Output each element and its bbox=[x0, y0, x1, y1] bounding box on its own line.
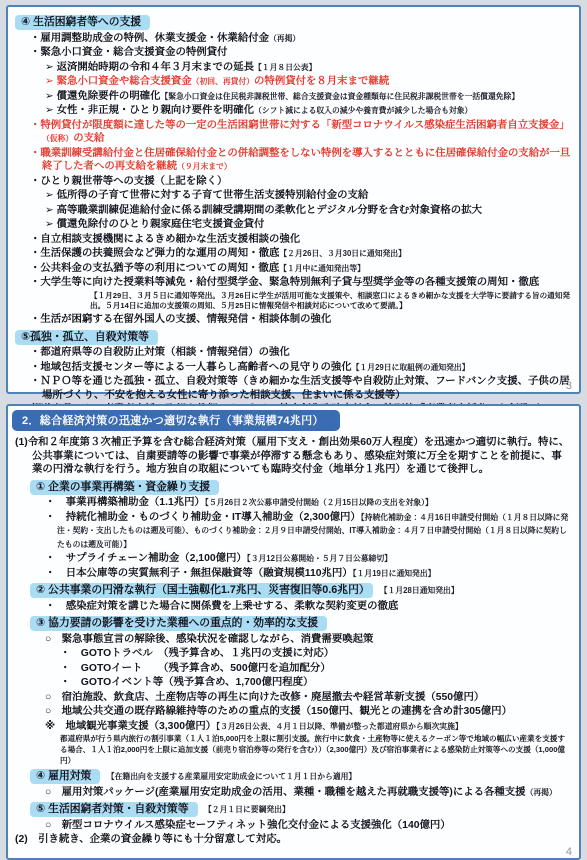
page-number-4: 4 bbox=[566, 846, 572, 858]
text-segment: ・大学生等に向けた授業料等減免・給付型奨学金、緊急特別無利子貸与型奨学金等の各種… bbox=[30, 277, 539, 288]
panel-economic-measures: 2．総合経済対策の迅速かつ適切な執行（事業規模74兆円） (1)令和２年度第３次… bbox=[6, 404, 581, 860]
text-segment: ➢ 低所得の子育て世帯に対する子育て世帯生活支援特別給付金の支給 bbox=[45, 190, 368, 201]
text-segment: ○ 緊急事態宣言の解除後、感染状況を確認しながら、消費需要喚起策 bbox=[45, 634, 373, 645]
list-item: ・ひとり親世帯等への支援（上記を除く） bbox=[15, 175, 572, 189]
text-segment: 【１月中に通知発出等】 bbox=[279, 264, 365, 273]
text-segment: ➢ 緊急小口資金や総合支援資金 bbox=[45, 76, 192, 87]
list-item: ・ 事業再構築補助金（1.1兆円）【５月26日２次公募申請受付開始（２月15日以… bbox=[15, 496, 572, 510]
list-item: (2) 引き続き、企業の資金繰り等にも十分留意して対応。 bbox=[15, 833, 572, 847]
list-item: ○ 雇用対策パッケージ(産業雇用安定助成金の活用、業種・職種を越えた再就職支援等… bbox=[15, 786, 572, 800]
section-label: ③ 協力要請の影響を受けた業種への重点的・効率的な支援 bbox=[30, 616, 327, 631]
text-segment: ○ 地域公共交通の既存路線維持等のための重点的支援（150億円、観光との連携を含… bbox=[45, 706, 512, 717]
section-label: ① 企業の事業再構築・資金繰り支援 bbox=[30, 480, 219, 495]
text-segment: ・緊急小口資金・総合支援資金の特例貸付 bbox=[30, 47, 227, 58]
text-segment: ・都道府県等の自殺防止対策（相談・情報発信）の強化 bbox=[30, 347, 290, 358]
list-item: ➢ 低所得の子育て世帯に対する子育て世帯生活支援特別給付金の支給 bbox=[15, 189, 572, 203]
list-item: (1)令和２年度第３次補正予算を含む総合経済対策（雇用下支え・創出効果60万人程… bbox=[15, 436, 572, 477]
text-segment: の支給 bbox=[73, 133, 104, 144]
text-segment: ・ 持続化補助金・ものづくり補助金・IT導入補助金（2,300億円） bbox=[45, 512, 361, 523]
list-item: ・雇用調整助成金の特例、休業支援金・休業給付金（再掲） bbox=[15, 32, 572, 46]
list-item: ➢ 償還免除付のひとり親家庭住宅支援資金貸付 bbox=[15, 218, 572, 232]
panel-1-rows: ④ 生活困窮者等への支援・雇用調整助成金の特例、休業支援金・休業給付金（再掲）・… bbox=[15, 15, 572, 458]
list-item: ➢ 女性・非正規・ひとり親向け要件を明確化（シフト減による収入の減少や養育費が減… bbox=[15, 104, 572, 118]
text-segment: ・自立相談支援機関によるきめ細かな生活支援相談の強化 bbox=[30, 234, 300, 245]
panel-2-rows: (1)令和２年度第３次補正予算を含む総合経済対策（雇用下支え・創出効果60万人程… bbox=[15, 436, 572, 847]
text-segment: （シフト減による収入の減少や養育費が減少した場合も対象） bbox=[254, 106, 472, 115]
text-segment: ・ GOTOイベント等（残予算含め、1,700億円程度） bbox=[60, 677, 313, 688]
section-2-header: 2．総合経済対策の迅速かつ適切な執行（事業規模74兆円） bbox=[12, 410, 340, 431]
text-segment: ・ 事業再構築補助金（1.1兆円） bbox=[45, 497, 205, 508]
text-segment: ➢ 償還免除要件の明確化 bbox=[45, 91, 161, 102]
document-page: ④ 生活困窮者等への支援・雇用調整助成金の特例、休業支援金・休業給付金（再掲）・… bbox=[0, 0, 587, 800]
text-segment: ・生活保護の扶養照会など弾力的な運用の周知・徹底 bbox=[30, 248, 279, 259]
section-label: ② 公共事業の円滑な執行（国土強靱化1.7兆円、災害復旧等0.6兆円） bbox=[30, 583, 373, 598]
list-item: ➢ 償還免除要件の明確化【緊急小口資金は住民税非課税世帯、総合支援資金は資金種類… bbox=[15, 90, 572, 104]
list-item: ・生活が困窮する在留外国人の支援、情報発信・相談体制の強化 bbox=[15, 313, 572, 327]
text-segment: ・ 日本公庫等の実質無利子・無担保融資等（融資規模110兆円） bbox=[45, 568, 353, 579]
text-segment: （９月末まで） bbox=[177, 162, 232, 171]
text-segment: ※ 地域観光事業支援（3,300億円） bbox=[45, 721, 216, 732]
text-segment: ・ サプライチェーン補助金（2,100億円） bbox=[45, 553, 247, 564]
text-segment: ・公共料金の支払猶予等の利用についての周知・徹底 bbox=[30, 263, 279, 274]
text-segment: 【在籍出向を支援する産業雇用安定助成金について１月１日から適用】 bbox=[111, 772, 356, 781]
text-segment: ・生活が困窮する在留外国人の支援、情報発信・相談体制の強化 bbox=[30, 314, 331, 325]
list-item: ○ 新型コロナウイルス感染症セーフティネット強化交付金による支援強化（140億円… bbox=[15, 819, 572, 833]
list-item: ・ GOTOイベント等（残予算含め、1,700億円程度） bbox=[15, 676, 572, 690]
list-item: ・大学生等に向けた授業料等減免・給付型奨学金、緊急特別無利子貸与型奨学金等の各種… bbox=[15, 276, 572, 290]
list-item: ・地域包括支援センター等による一人暮らし高齢者への見守りの強化【１月29日に取組… bbox=[15, 361, 572, 375]
list-item: ・ 持続化補助金・ものづくり補助金・IT導入補助金（2,300億円）【持続化補助… bbox=[15, 511, 572, 552]
text-segment: 【１月19日に通知発出】 bbox=[353, 569, 436, 578]
section-label-row: ⑤孤独・孤立、自殺対策等 bbox=[15, 330, 572, 345]
text-segment: 【２月１日に要綱発出】 bbox=[208, 805, 290, 814]
section-label-row: ② 公共事業の円滑な執行（国土強靱化1.7兆円、災害復旧等0.6兆円） 【１月2… bbox=[15, 583, 572, 598]
section-label-row: ⑤ 生活困窮者対策・自殺対策等 【２月１日に要綱発出】 bbox=[15, 802, 572, 817]
text-segment bbox=[100, 771, 110, 782]
list-item: ・ GOTOイート （残予算含め、500億円を追加配分） bbox=[15, 662, 572, 676]
text-segment: ・ 感染症対策を講じた場合に関係費を上乗せする、柔軟な契約変更の徹底 bbox=[45, 601, 398, 612]
section-label: ④ 雇用対策 bbox=[30, 769, 100, 784]
text-segment: ・職業訓練受講給付金と住居確保給付金との併給調整をしない特例を導入するとともに住… bbox=[30, 148, 570, 173]
list-item: ・緊急小口資金・総合支援資金の特例貸付 bbox=[15, 46, 572, 60]
text-segment: 【２月26日、３月30日に通知発出】 bbox=[279, 249, 406, 258]
text-segment: ○ 雇用対策パッケージ(産業雇用安定助成金の活用、業種・職種を越えた再就職支援等… bbox=[45, 787, 526, 798]
text-segment: ➢ 償還免除付のひとり親家庭住宅支援資金貸付 bbox=[45, 219, 264, 230]
list-item: ・ サプライチェーン補助金（2,100億円）【３月12日公募開始・５月７日公募締… bbox=[15, 552, 572, 566]
list-item: ・自立相談支援機関によるきめ細かな生活支援相談の強化 bbox=[15, 233, 572, 247]
text-segment: ○ 宿泊施設、飲食店、土産物店等の再生に向けた改修・廃屋撤去や経営革新支援（55… bbox=[45, 692, 484, 703]
list-item: ・ GOTOトラベル （残予算含め、１兆円の支援に対応） bbox=[15, 647, 572, 661]
list-item: ○ 緊急事態宣言の解除後、感染状況を確認しながら、消費需要喚起策 bbox=[15, 633, 572, 647]
list-item: ・都道府県等の自殺防止対策（相談・情報発信）の強化 bbox=[15, 346, 572, 360]
list-item: ・特例貸付が限度額に達した等の一定の生活困窮世帯に対する「新型コロナウイルス感染… bbox=[15, 119, 572, 146]
list-item: ・生活保護の扶養照会など弾力的な運用の周知・徹底【２月26日、３月30日に通知発… bbox=[15, 247, 572, 261]
text-segment: ・雇用調整助成金の特例、休業支援金・休業給付金 bbox=[30, 33, 269, 44]
list-item: ○ 地域公共交通の既存路線維持等のための重点的支援（150億円、観光との連携を含… bbox=[15, 705, 572, 719]
section-label-row: ① 企業の事業再構築・資金繰り支援 bbox=[15, 480, 572, 495]
text-segment: ・ GOTOイート （残予算含め、500億円を追加配分） bbox=[60, 663, 331, 674]
section-label: ④ 生活困窮者等への支援 bbox=[15, 15, 150, 30]
text-segment: （再掲） bbox=[269, 34, 300, 43]
list-item: ・ 日本公庫等の実質無利子・無担保融資等（融資規模110兆円）【１月19日に通知… bbox=[15, 567, 572, 581]
text-segment: ➢ 女性・非正規・ひとり親向け要件を明確化 bbox=[45, 105, 254, 116]
text-segment: 【緊急小口資金は住民税非課税世帯、総合支援資金は資金種類毎に住民税非課税世帯を一… bbox=[161, 92, 520, 101]
text-segment: ➢ 返済開始時期の令和４年３月末までの延長 bbox=[45, 62, 254, 73]
section-label: ⑤ 生活困窮者対策・自殺対策等 bbox=[30, 802, 198, 817]
text-segment: ・ひとり親世帯等への支援（上記を除く） bbox=[30, 176, 227, 187]
text-segment: (2) 引き続き、企業の資金繰り等にも十分留意して対応。 bbox=[15, 834, 287, 845]
text-segment: 【１月29日、３月５日に通知等発出。３月26日に学生が活用可能な支援策や、相談窓… bbox=[90, 291, 570, 311]
text-segment: （初回、再貸付） bbox=[192, 77, 254, 86]
list-item: ➢ 緊急小口資金や総合支援資金（初回、再貸付）の特例貸付を８月末まで継続 bbox=[15, 75, 572, 89]
section-label-row: ④ 雇用対策 【在籍出向を支援する産業雇用安定助成金について１月１日から適用】 bbox=[15, 769, 572, 784]
list-item: 【１月29日、３月５日に通知等発出。３月26日に学生が活用可能な支援策や、相談窓… bbox=[15, 291, 572, 312]
list-item: 都道府県が行う県内旅行の割引事業（１人１泊5,000円を上限に割引支援。旅行中に… bbox=[15, 734, 572, 766]
list-item: ・公共料金の支払猶予等の利用についての周知・徹底【１月中に通知発出等】 bbox=[15, 262, 572, 276]
text-segment bbox=[373, 585, 383, 596]
text-segment: ・特例貸付が限度額に達した等の一定の生活困窮世帯に対する「新型コロナウイルス感染… bbox=[30, 120, 570, 131]
text-segment: の特例貸付を８月末まで継続 bbox=[254, 76, 389, 87]
text-segment: 【５月26日２次公募申請受付開始（２月15日以降の支出を対象）】 bbox=[205, 498, 433, 507]
list-item: ○ 宿泊施設、飲食店、土産物店等の再生に向けた改修・廃屋撤去や経営革新支援（55… bbox=[15, 691, 572, 705]
text-segment: ・ GOTOトラベル （残予算含め、１兆円の支援に対応） bbox=[60, 648, 334, 659]
text-segment: ➢ 高等職業訓練促進給付金に係る訓練受講期間の柔軟化とデジタル分野を含む対象資格… bbox=[45, 205, 482, 216]
text-segment: （再掲） bbox=[526, 788, 557, 797]
list-item: ・ＮＰＯ等を通じた孤独・孤立、自殺対策等（きめ細かな生活支援等や自殺防止対策、フ… bbox=[15, 375, 572, 402]
list-item: ➢ 返済開始時期の令和４年３月末までの延長【１月８日公表】 bbox=[15, 61, 572, 75]
text-segment: 【１月28日通知発出】 bbox=[384, 586, 459, 595]
text-segment: ・ＮＰＯ等を通じた孤独・孤立、自殺対策等（きめ細かな生活支援等や自殺防止対策、フ… bbox=[30, 376, 570, 401]
text-segment bbox=[198, 804, 208, 815]
list-item: ・職業訓練受講給付金と住居確保給付金との併給調整をしない特例を導入するとともに住… bbox=[15, 147, 572, 174]
text-segment: 【３月12日公募開始・５月７日公募締切】 bbox=[247, 554, 392, 563]
text-segment: ○ 新型コロナウイルス感染症セーフティネット強化交付金による支援強化（140億円… bbox=[45, 820, 451, 831]
section-label: ⑤孤独・孤立、自殺対策等 bbox=[15, 330, 158, 345]
list-item: ➢ 高等職業訓練促進給付金に係る訓練受講期間の柔軟化とデジタル分野を含む対象資格… bbox=[15, 204, 572, 218]
text-segment: (1)令和２年度第３次補正予算を含む総合経済対策（雇用下支え・創出効果60万人程… bbox=[15, 437, 569, 475]
text-segment: （仮称） bbox=[42, 134, 73, 143]
page-number-3: 3 bbox=[566, 380, 572, 392]
list-item: ・ 感染症対策を講じた場合に関係費を上乗せする、柔軟な契約変更の徹底 bbox=[15, 600, 572, 614]
text-segment: 都道府県が行う県内旅行の割引事業（１人１泊5,000円を上限に割引支援。旅行中に… bbox=[60, 734, 565, 764]
text-segment: 【１月８日公表】 bbox=[254, 63, 316, 72]
list-item: ※ 地域観光事業支援（3,300億円）【３月26日公表、４月１日以降、準備が整っ… bbox=[15, 720, 572, 734]
text-segment: 【３月26日公表、４月１日以降、準備が整った都道府県から順次実施】 bbox=[216, 722, 462, 731]
panel-livelihood-support: ④ 生活困窮者等への支援・雇用調整助成金の特例、休業支援金・休業給付金（再掲）・… bbox=[6, 5, 581, 394]
text-segment: ・地域包括支援センター等による一人暮らし高齢者への見守りの強化 bbox=[30, 362, 352, 373]
text-segment: 【１月29日に取組例の通知発出】 bbox=[352, 363, 470, 372]
section-label-row: ③ 協力要請の影響を受けた業種への重点的・効率的な支援 bbox=[15, 616, 572, 631]
section-label-row: ④ 生活困窮者等への支援 bbox=[15, 15, 572, 30]
